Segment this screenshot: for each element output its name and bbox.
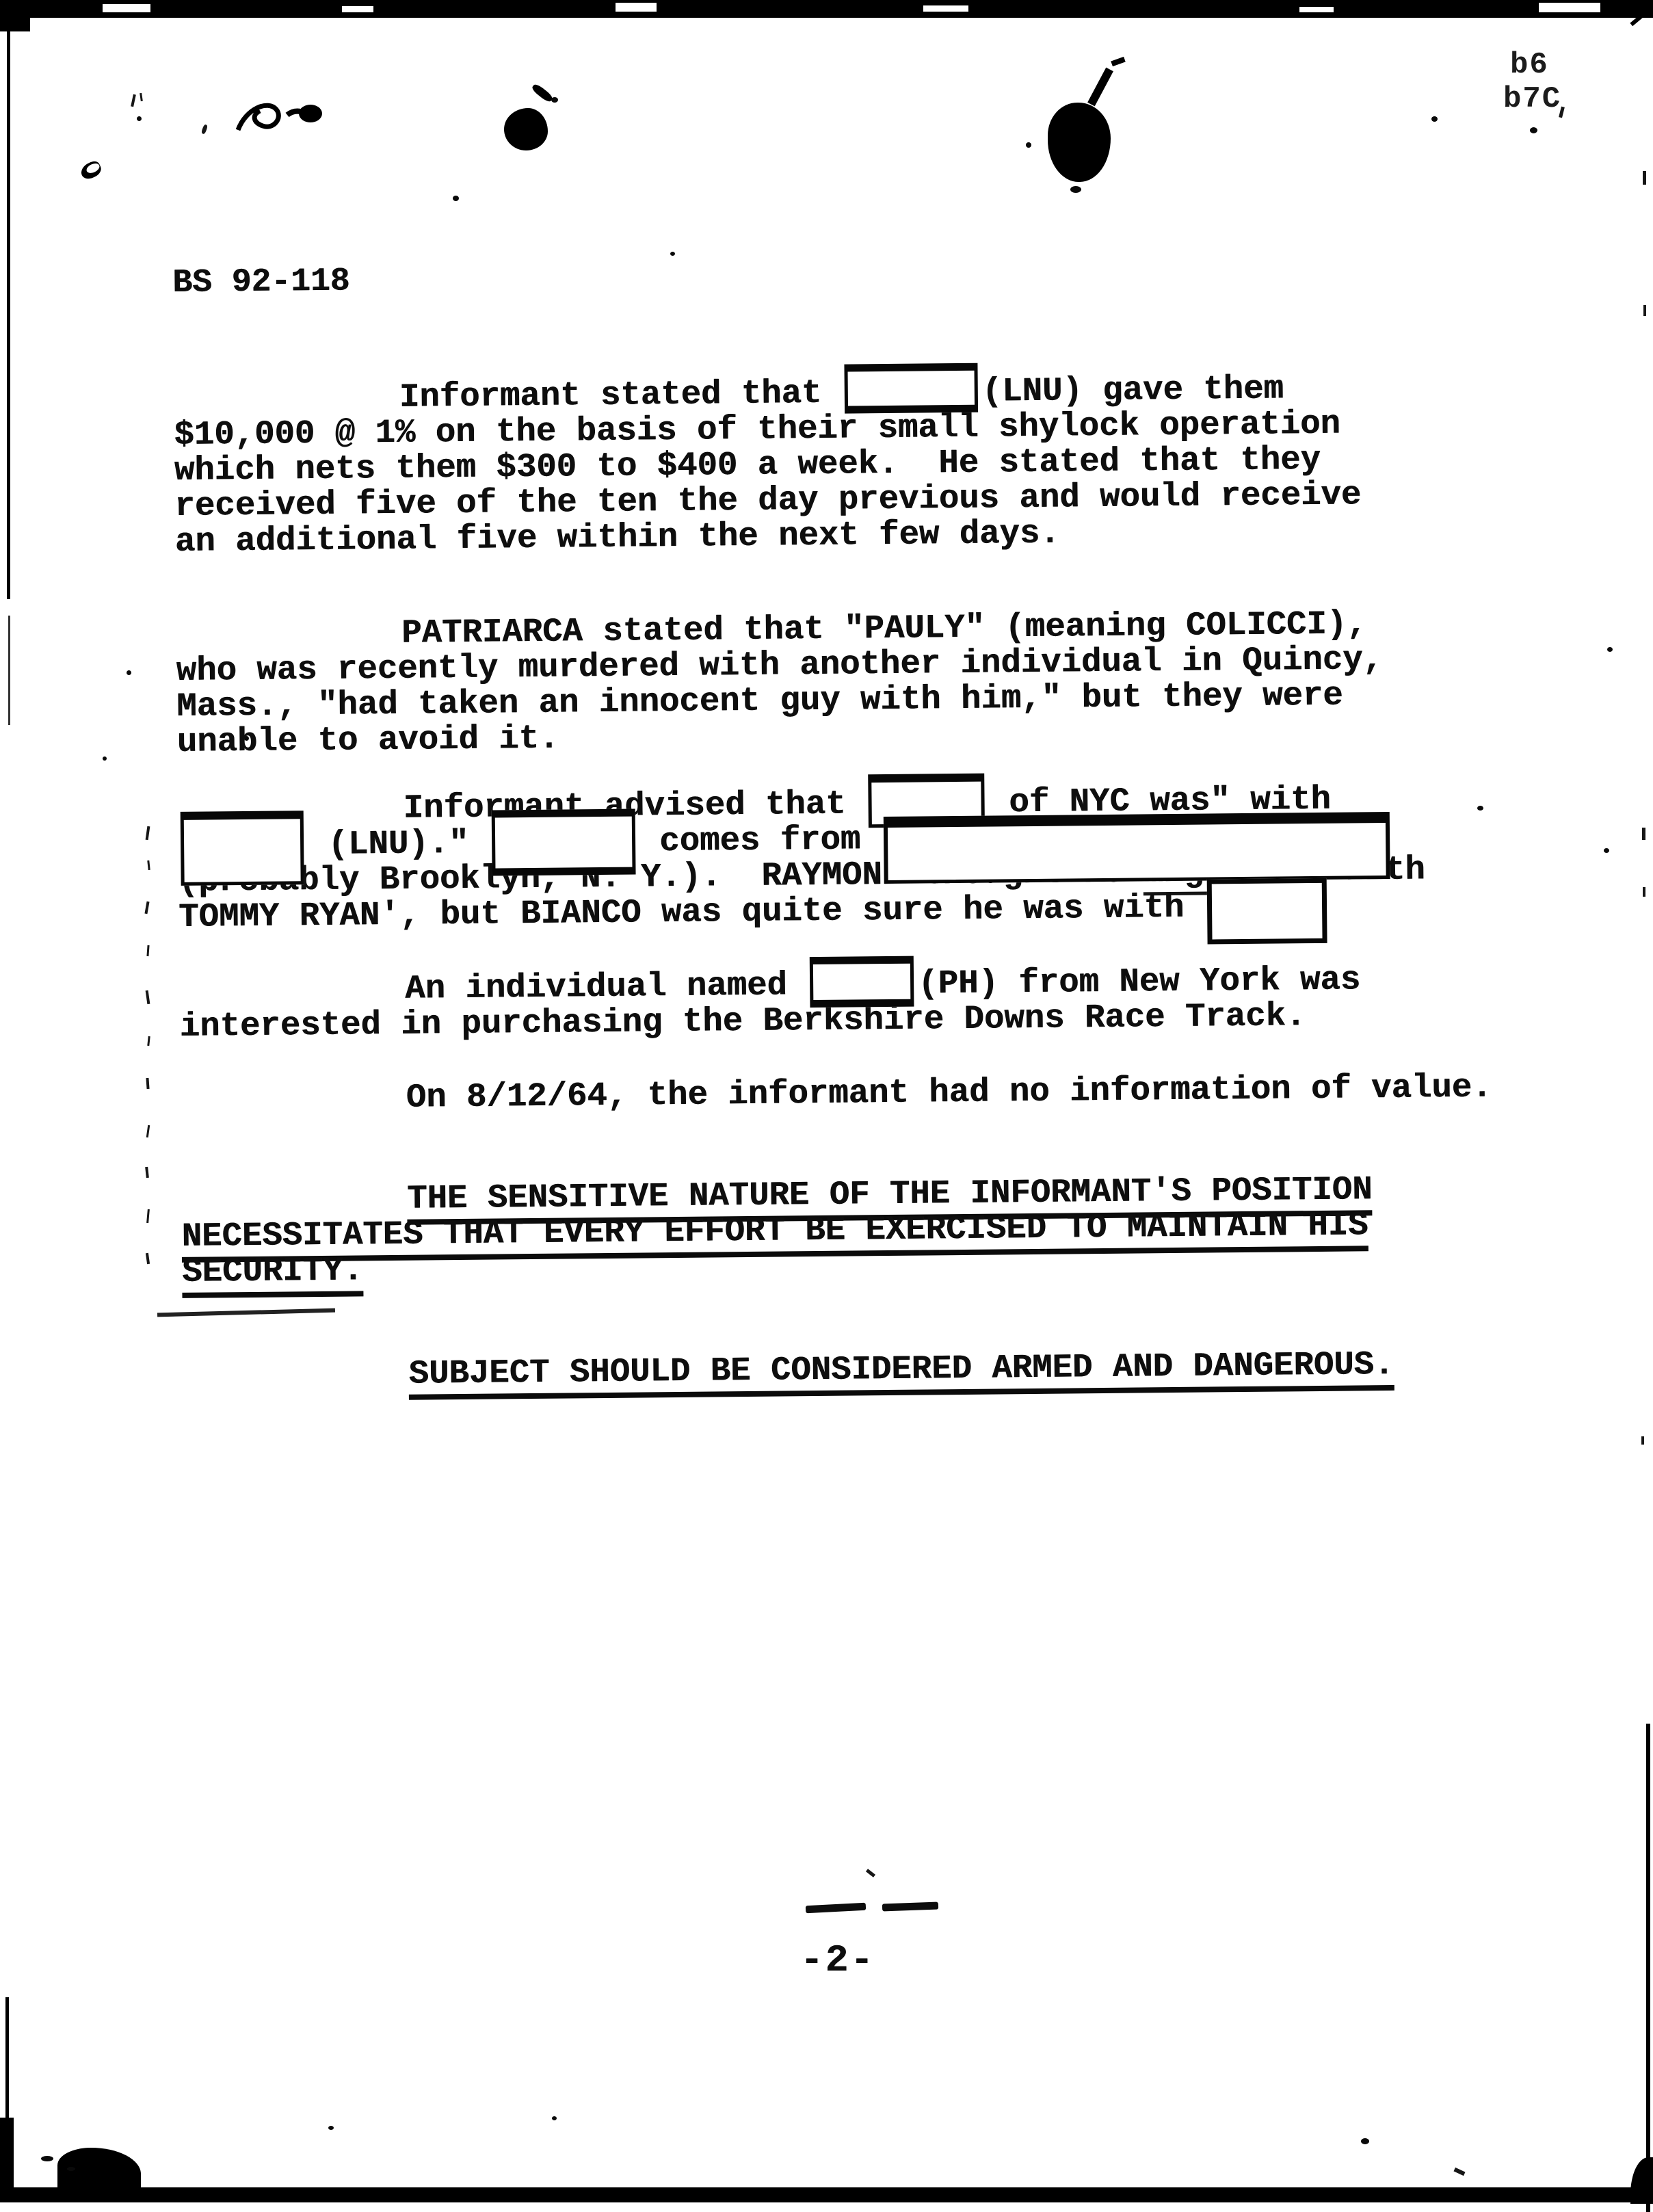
redaction-box xyxy=(844,363,978,414)
text-run: unable to avoid it. xyxy=(176,720,559,761)
margin-tick xyxy=(146,1125,150,1137)
text-run: SUBJECT SHOULD BE CONSIDERED ARMED AND D… xyxy=(408,1345,1394,1400)
paragraph: THE SENSITIVE NATURE OF THE INFORMANT'S … xyxy=(181,1170,1625,1290)
right-border xyxy=(1646,1724,1650,2212)
page-number: -2- xyxy=(800,1938,875,1982)
classification-code-b7c: b7C xyxy=(1503,82,1561,116)
text-run: comes from xyxy=(639,820,881,860)
redaction-box xyxy=(181,811,304,886)
paragraph: Informant advised that of NYC was" with … xyxy=(177,779,1622,935)
classification-codes: b6 b7C xyxy=(1503,48,1561,116)
paragraph: An individual named (PH) from New York w… xyxy=(179,960,1623,1044)
paragraph: Informant stated that (LNU) gave them$10… xyxy=(174,368,1618,559)
redaction-box xyxy=(491,809,635,876)
file-number: BS 92-118 xyxy=(172,252,1615,301)
margin-tick xyxy=(146,945,149,956)
top-left-corner xyxy=(0,0,30,31)
document-page: b6 b7C BS 92-118 Informant stated that (… xyxy=(0,0,1653,2212)
ink-blob-left xyxy=(504,108,548,150)
footer-smudge xyxy=(882,1902,938,1912)
document-line: SUBJECT SHOULD BE CONSIDERED ARMED AND D… xyxy=(183,1345,1626,1394)
margin-tick xyxy=(147,860,150,870)
text-run: On 8/12/64, the informant had no informa… xyxy=(406,1068,1492,1117)
paragraph: PATRIARCA stated that "PAULY" (meaning C… xyxy=(176,604,1620,760)
top-border xyxy=(0,0,1653,18)
margin-tick xyxy=(146,1078,149,1089)
margin-tick xyxy=(146,1253,150,1264)
margin-tick xyxy=(146,826,150,840)
text-run: an additional five within the next few d… xyxy=(175,514,1060,561)
document-line: On 8/12/64, the informant had no informa… xyxy=(180,1068,1623,1118)
margin-tick xyxy=(144,901,149,914)
text-run: (LNU) gave them xyxy=(981,369,1284,410)
redaction-box xyxy=(810,956,914,1008)
redaction-box xyxy=(1206,878,1327,944)
margin-tick xyxy=(146,990,150,1004)
classification-code-b6: b6 xyxy=(1503,48,1561,82)
margin-tick xyxy=(145,1167,149,1178)
paragraph: SUBJECT SHOULD BE CONSIDERED ARMED AND D… xyxy=(183,1345,1626,1394)
margin-tick xyxy=(147,1036,150,1046)
ink-blob-right xyxy=(1048,103,1111,182)
bottom-border xyxy=(0,2187,1653,2202)
redaction-box xyxy=(883,812,1390,884)
footer-smudge xyxy=(806,1903,866,1914)
left-border xyxy=(7,18,10,599)
paragraph: On 8/12/64, the informant had no informa… xyxy=(180,1068,1623,1118)
margin-tick xyxy=(146,1209,150,1223)
text-run: SECURITY. xyxy=(182,1251,363,1298)
pen-squiggle xyxy=(233,94,328,146)
text-run: (LNU)." xyxy=(308,824,489,865)
document-body: Informant stated that (LNU) gave them$10… xyxy=(174,368,1626,1394)
document-content: BS 92-118 Informant stated that (LNU) ga… xyxy=(172,252,1626,1394)
